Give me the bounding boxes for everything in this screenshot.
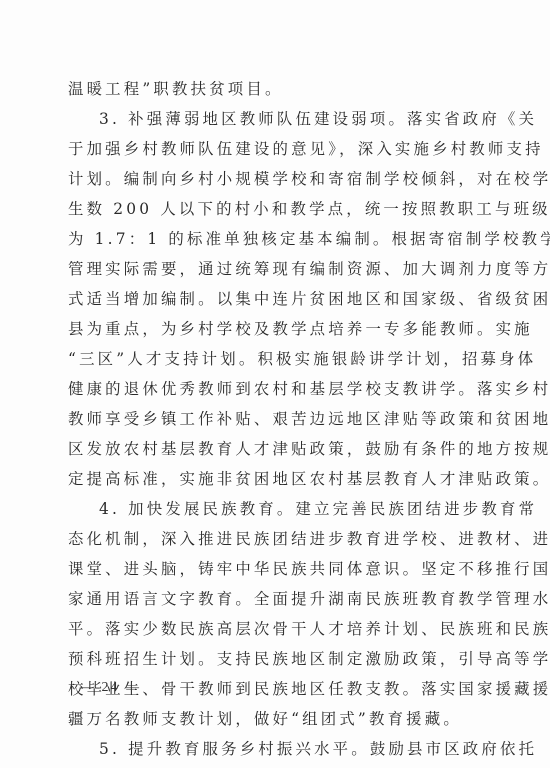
- text-line: 温暖工程”职教扶贫项目。: [68, 74, 480, 104]
- page-number: — 24 —: [80, 680, 141, 696]
- text-line: 计划。编制向乡村小规模学校和寄宿制学校倾斜，对在校学: [68, 164, 480, 194]
- text-line: 预科班招生计划。支持民族地区制定激励政策，引导高等学: [68, 644, 480, 674]
- text-line: 区发放农村基层教育人才津贴政策，鼓励有条件的地方按规: [68, 434, 480, 464]
- text-line: 态化机制，深入推进民族团结进步教育进学校、进教材、进: [68, 524, 480, 554]
- text-line: 于加强乡村教师队伍建设的意见》，深入实施乡村教师支持: [68, 134, 480, 164]
- text-line: 式适当增加编制。以集中连片贫困地区和国家级、省级贫困: [68, 284, 480, 314]
- text-line: 县为重点，为乡村学校及教学点培养一专多能教师。实施: [68, 314, 480, 344]
- text-line: 生数 200 人以下的村小和教学点，统一按照教职工与班级比: [68, 194, 480, 224]
- text-line: 为 1.7：1 的标准单独核定基本编制。根据寄宿制学校教学: [68, 224, 480, 254]
- text-line: 管理实际需要，通过统筹现有编制资源、加大调剂力度等方: [68, 254, 480, 284]
- document-page: 温暖工程”职教扶贫项目。3. 补强薄弱地区教师队伍建设弱项。落实省政府《关于加强…: [0, 0, 550, 768]
- text-line: 家通用语言文字教育。全面提升湖南民族班教育教学管理水: [68, 584, 480, 614]
- body-text: 温暖工程”职教扶贫项目。3. 补强薄弱地区教师队伍建设弱项。落实省政府《关于加强…: [68, 74, 480, 764]
- text-line: 平。落实少数民族高层次骨干人才培养计划、民族班和民族: [68, 614, 480, 644]
- text-line: 5. 提升教育服务乡村振兴水平。鼓励县市区政府依托: [68, 734, 480, 764]
- text-line: 定提高标准，实施非贫困地区农村基层教育人才津贴政策。: [68, 464, 480, 494]
- text-line: 课堂、进头脑，铸牢中华民族共同体意识。坚定不移推行国: [68, 554, 480, 584]
- text-line: 3. 补强薄弱地区教师队伍建设弱项。落实省政府《关: [68, 104, 480, 134]
- text-line: 健康的退休优秀教师到农村和基层学校支教讲学。落实乡村: [68, 374, 480, 404]
- text-line: 4. 加快发展民族教育。建立完善民族团结进步教育常: [68, 494, 480, 524]
- text-line: 疆万名教师支教计划，做好“组团式”教育援藏。: [68, 704, 480, 734]
- text-line: “三区”人才支持计划。积极实施银龄讲学计划，招募身体: [68, 344, 480, 374]
- text-line: 教师享受乡镇工作补贴、艰苦边远地区津贴等政策和贫困地: [68, 404, 480, 434]
